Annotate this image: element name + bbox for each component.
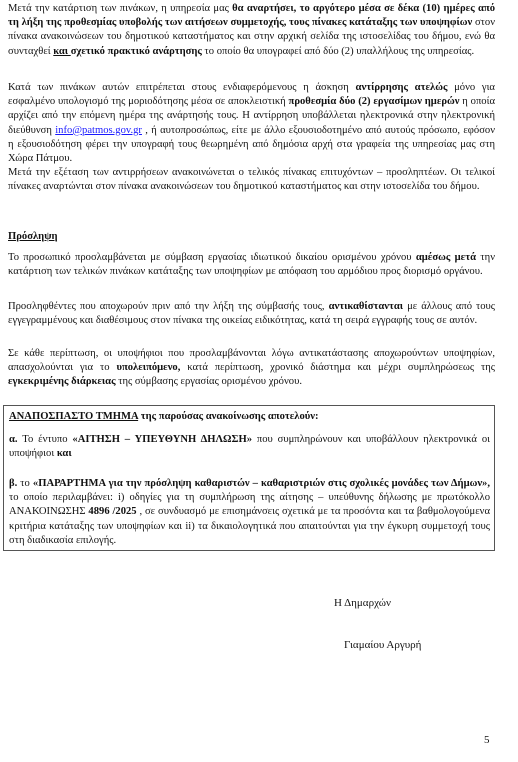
bold-text: «ΠΑΡΑΡΤΗΜΑ για την πρόσληψη καθαριστών –…: [33, 478, 490, 489]
text: το: [17, 478, 33, 489]
box-item-b: β. το «ΠΑΡΑΡΤΗΜΑ για την πρόσληψη καθαρι…: [9, 477, 490, 548]
paragraph-replacement: Προσληφθέντες που αποχωρούν πριν από την…: [8, 300, 495, 328]
box-title-rest: της παρούσας ανακοίνωσης αποτελούν:: [138, 411, 318, 422]
bold-text: εγκεκριμένης διάρκειας: [8, 376, 116, 387]
bold-text: σχετικό πρακτικό ανάρτησης: [71, 46, 202, 57]
integral-part-box: ΑΝΑΠΟΣΠΑΣΤΟ ΤΜΗΜΑ της παρούσας ανακοίνωσ…: [3, 405, 495, 551]
paragraph-hiring: Το προσωπικό προσλαμβάνεται με σύμβαση ε…: [8, 251, 495, 279]
box-title-underlined: ΑΝΑΠΟΣΠΑΣΤΟ ΤΜΗΜΑ: [9, 411, 138, 422]
text: Προσληφθέντες που αποχωρούν πριν από την…: [8, 301, 329, 312]
paragraph-objections: Κατά των πινάκων αυτών επιτρέπεται στους…: [8, 81, 495, 166]
bold-text: υπολειπόμενο,: [116, 362, 180, 373]
bold-text: προθεσμία δύο (2) εργασίμων ημερών: [289, 96, 460, 107]
signature-name: Γιαμαίου Αργυρή: [344, 638, 421, 652]
bold-text: αμέσως μετά: [416, 252, 476, 263]
box-title: ΑΝΑΠΟΣΠΑΣΤΟ ΤΜΗΜΑ της παρούσας ανακοίνωσ…: [9, 410, 490, 424]
item-label: β.: [9, 478, 17, 489]
paragraph-remaining-period: Σε κάθε περίπτωση, οι υποψήφιοι που προσ…: [8, 347, 495, 390]
text: Μετά την κατάρτιση των πινάκων, η υπηρεσ…: [8, 3, 232, 14]
text: Το έντυπο: [18, 434, 73, 445]
text: Το προσωπικό προσλαμβάνεται με σύμβαση ε…: [8, 252, 416, 263]
text: το οποίο θα υπογραφεί από δύο (2) υπαλλή…: [202, 46, 474, 57]
bold-text: 4896 /2025: [88, 506, 136, 517]
paragraph-ranking-publication: Μετά την κατάρτιση των πινάκων, η υπηρεσ…: [8, 2, 495, 59]
text: Κατά των πινάκων αυτών επιτρέπεται στους…: [8, 82, 356, 93]
bold-text: «ΑΙΤΗΣΗ – ΥΠΕΥΘΥΝΗ ΔΗΛΩΣΗ»: [72, 434, 252, 445]
signature-role: Η Δημαρχών: [334, 596, 391, 610]
bold-underlined-text: και: [53, 46, 70, 57]
section-heading-hiring: Πρόσληψη: [8, 230, 495, 244]
bold-text: αντίρρησης ατελώς: [356, 82, 448, 93]
text: της σύμβασης εργασίας ορισμένου χρόνου.: [116, 376, 302, 387]
box-item-a: α. Το έντυπο «ΑΙΤΗΣΗ – ΥΠΕΥΘΥΝΗ ΔΗΛΩΣΗ» …: [9, 433, 490, 461]
paragraph-final-tables: Μετά την εξέταση των αντιρρήσεων ανακοιν…: [8, 166, 495, 194]
bold-text: αντικαθίστανται: [329, 301, 404, 312]
page-number: 5: [484, 733, 490, 747]
item-label: α.: [9, 434, 18, 445]
bold-text: και: [57, 448, 72, 459]
text: κατά περίπτωση, χρονικό διάστημα και μέχ…: [180, 362, 495, 373]
email-link[interactable]: info@patmos.gov.gr: [55, 125, 142, 136]
